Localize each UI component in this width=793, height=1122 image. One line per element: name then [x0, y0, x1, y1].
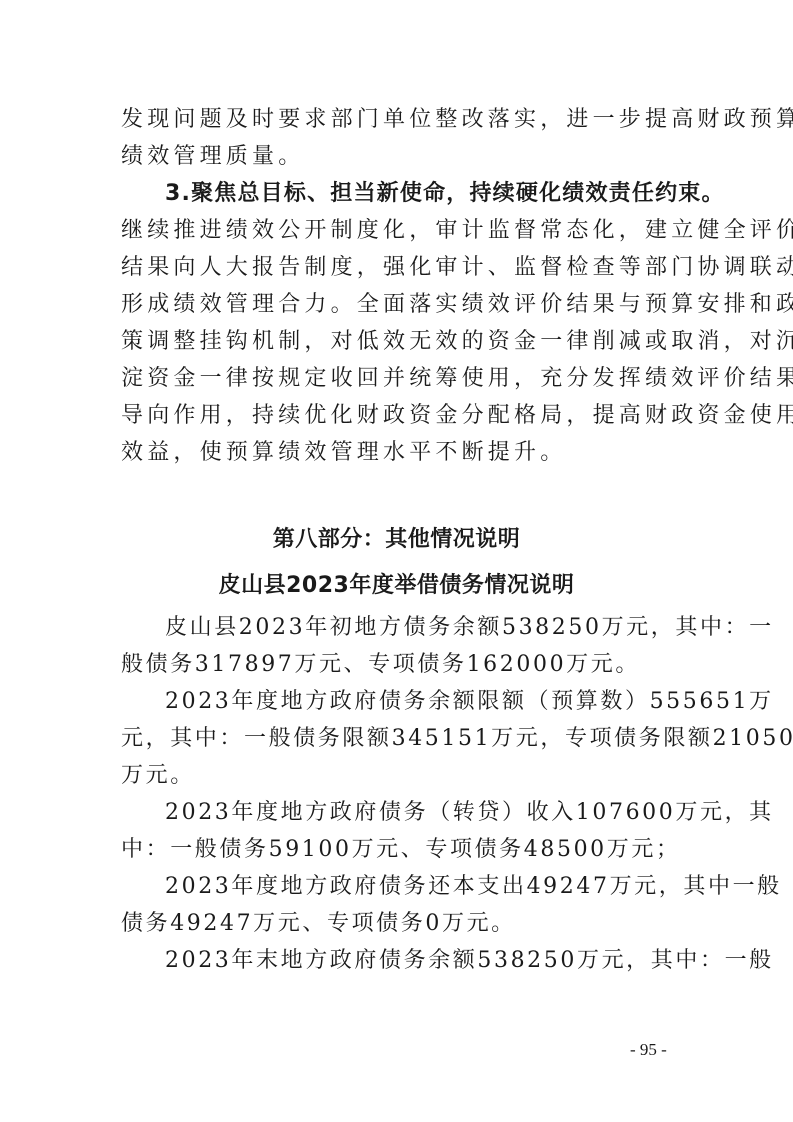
text-line: 中：一般债务59100万元、专项债务48500万元；: [121, 831, 673, 868]
text-line: 结果向人大报告制度，强化审计、监督检查等部门协调联动，: [121, 249, 673, 286]
text-line: 继续推进绩效公开制度化，审计监督常态化，建立健全评价: [121, 212, 673, 249]
text-line: 2023年末地方政府债务余额538250万元，其中：一般: [121, 942, 673, 979]
text-line: 2023年度地方政府债务还本支出49247万元，其中一般: [121, 868, 673, 905]
page-number: - 95 -: [630, 1040, 667, 1060]
document-page: 发现问题及时要求部门单位整改落实，进一步提高财政预算 绩效管理质量。 3.聚焦总…: [0, 0, 793, 1122]
debt-paragraph-limit: 2023年度地方政府债务余额限额（预算数）555651万 元，其中：一般债务限额…: [121, 683, 673, 794]
text-line: 2023年度地方政府债务（转贷）收入107600万元，其: [121, 794, 673, 831]
debt-paragraph-repayment: 2023年度地方政府债务还本支出49247万元，其中一般 债务49247万元、专…: [121, 868, 673, 942]
text-line: 绩效管理质量。: [121, 138, 673, 175]
section-title: 第八部分：其他情况说明: [0, 517, 793, 563]
section-spacer: [121, 471, 673, 517]
debt-paragraph-closing-balance: 2023年末地方政府债务余额538250万元，其中：一般: [121, 942, 673, 979]
text-line: 般债务317897万元、专项债务162000万元。: [121, 646, 673, 683]
debt-paragraph-opening-balance: 皮山县2023年初地方债务余额538250万元，其中：一 般债务317897万元…: [121, 609, 673, 683]
text-line: 发现问题及时要求部门单位整改落实，进一步提高财政预算: [121, 101, 673, 138]
text-line: 万元。: [121, 757, 673, 794]
paragraph-item-3: 3.聚焦总目标、担当新使命，持续硬化绩效责任约束。 继续推进绩效公开制度化，审计…: [121, 175, 673, 471]
page-content: 发现问题及时要求部门单位整改落实，进一步提高财政预算 绩效管理质量。 3.聚焦总…: [121, 101, 673, 979]
debt-paragraph-onlending-income: 2023年度地方政府债务（转贷）收入107600万元，其 中：一般债务59100…: [121, 794, 673, 868]
bold-lead-heading: 3.聚焦总目标、担当新使命，持续硬化绩效责任约束。: [121, 175, 673, 212]
text-line: 2023年度地方政府债务余额限额（预算数）555651万: [121, 683, 673, 720]
paragraph-continued: 发现问题及时要求部门单位整改落实，进一步提高财政预算 绩效管理质量。: [121, 101, 673, 175]
text-line: 策调整挂钩机制，对低效无效的资金一律削减或取消，对沉: [121, 323, 673, 360]
text-line: 债务49247万元、专项债务0万元。: [121, 905, 673, 942]
subsection-title: 皮山县2023年度举借债务情况说明: [0, 563, 793, 609]
text-line: 皮山县2023年初地方债务余额538250万元，其中：一: [121, 609, 673, 646]
text-line: 淀资金一律按规定收回并统筹使用，充分发挥绩效评价结果: [121, 360, 673, 397]
text-line: 效益，使预算绩效管理水平不断提升。: [121, 434, 673, 471]
text-line: 形成绩效管理合力。全面落实绩效评价结果与预算安排和政: [121, 286, 673, 323]
text-line: 导向作用，持续优化财政资金分配格局，提高财政资金使用: [121, 397, 673, 434]
text-line: 元，其中：一般债务限额345151万元，专项债务限额210500: [121, 720, 673, 757]
